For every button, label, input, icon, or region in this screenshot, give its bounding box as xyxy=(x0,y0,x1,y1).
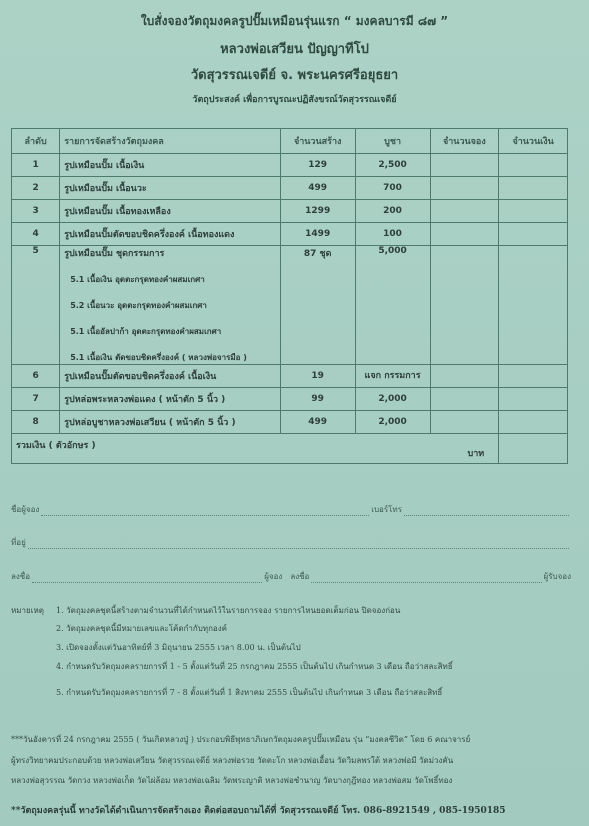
monk-name: หลวงพ่อเสวียน ปัญญาทีโป xyxy=(0,38,589,59)
reserve-cell[interactable] xyxy=(430,200,499,223)
address-row: ที่อยู่ xyxy=(11,536,571,549)
receiver-label: ผู้รับจอง xyxy=(544,570,571,583)
booker-label: ผู้จอง xyxy=(264,570,282,583)
phone-label: เบอร์โทร xyxy=(371,503,402,516)
signature-row: ลงชื่อ ผู้จอง ลงชื่อ ผู้รับจอง xyxy=(11,570,571,583)
note-item: 1. วัตถุมงคลชุดนี้สร้างตามจำนวนที่ได้กำห… xyxy=(56,604,400,617)
address-label: ที่อยู่ xyxy=(11,536,26,549)
items-table: ลำดับ รายการจัดสร้างวัตถุมงคล จำนวนสร้าง… xyxy=(11,128,568,464)
sub-item: 5.2 เนื้อนวะ อุดตะกรุดทองคำผสมเกศา xyxy=(70,299,276,312)
temple-name: วัดสุวรรณเจดีย์ จ. พระนครศรีอยุธยา xyxy=(0,64,589,85)
total-label: รวมเงิน ( ตัวอักษร ) xyxy=(16,438,96,452)
sign-booker-label: ลงชื่อ xyxy=(11,570,30,583)
table-row: 5 รูปเหมือนปั๊ม ชุดกรรมการ 5.1 เนื้อเงิน… xyxy=(12,246,568,365)
row-price: แจก กรรมการ xyxy=(355,365,430,388)
row-price: 100 xyxy=(355,223,430,246)
table-row: 2 รูปเหมือนปั๊ม เนื้อนวะ 499 700 xyxy=(12,177,568,200)
table-row: 8 รูปหล่อบูชาหลวงพ่อเสวียน ( หน้าตัก 5 น… xyxy=(12,411,568,434)
reserve-cell[interactable] xyxy=(430,411,499,434)
row-name-group: รูปเหมือนปั๊ม ชุดกรรมการ 5.1 เนื้อเงิน อ… xyxy=(60,246,281,365)
row-qty: 87 ชุด xyxy=(280,246,355,365)
row-name: รูปเหมือนปั๊ม ชุดกรรมการ xyxy=(64,249,164,259)
amount-cell[interactable] xyxy=(499,177,568,200)
notes-label: หมายเหตุ xyxy=(11,604,44,617)
table-row: 3 รูปเหมือนปั๊ม เนื้อทองเหลือง 1299 200 xyxy=(12,200,568,223)
sub-item: 5.1 เนื้อเงิน ตัดขอบชิดครึ่งองค์ ( หลวงพ… xyxy=(70,351,276,364)
booker-name-label: ชื่อผู้จอง xyxy=(11,503,39,516)
table-row: 1 รูปเหมือนปั๊ม เนื้อเงิน 129 2,500 xyxy=(12,154,568,177)
header-amount: จำนวนเงิน xyxy=(499,129,568,154)
amount-cell[interactable] xyxy=(499,411,568,434)
row-name: รูปเหมือนปั๊มตัดขอบชิดครึ่งองค์ เนื้อทอง… xyxy=(60,223,281,246)
row-no: 7 xyxy=(12,388,60,411)
table-row: 6 รูปเหมือนปั๊มตัดขอบชิดครึ่งองค์ เนื้อเ… xyxy=(12,365,568,388)
row-qty: 499 xyxy=(280,177,355,200)
row-no: 6 xyxy=(12,365,60,388)
reserve-cell[interactable] xyxy=(430,177,499,200)
phone-field[interactable] xyxy=(404,507,569,516)
note-item: 2. วัตถุมงคลชุดนี้มีหมายเลขและโค้ดกำกับท… xyxy=(56,622,227,635)
reserve-cell[interactable] xyxy=(430,154,499,177)
header-qty: จำนวนสร้าง xyxy=(280,129,355,154)
sub-item: 5.1 เนื้อเงิน อุดตะกรุดทองคำผสมเกศา xyxy=(70,273,276,286)
sign-receiver-label: ลงชื่อ xyxy=(290,570,309,583)
order-form-page: ใบสั่งจองวัตถุมงคลรูปปั๊มเหมือนรุ่นแรก “… xyxy=(0,0,589,826)
header-reserve: จำนวนจอง xyxy=(430,129,499,154)
total-cell[interactable]: รวมเงิน ( ตัวอักษร ) บาท xyxy=(12,434,499,464)
address-field[interactable] xyxy=(28,540,569,549)
row-qty: 129 xyxy=(280,154,355,177)
reserve-cell[interactable] xyxy=(430,388,499,411)
booker-name-field[interactable] xyxy=(41,507,369,516)
row-name: รูปเหมือนปั๊ม เนื้อนวะ xyxy=(60,177,281,200)
row-qty: 1299 xyxy=(280,200,355,223)
row-name: รูปหล่อบูชาหลวงพ่อเสวียน ( หน้าตัก 5 นิ้… xyxy=(60,411,281,434)
purpose-text: วัตถุประสงค์ เพื่อการบูรณะปฏิสังขรณ์วัดส… xyxy=(0,92,589,106)
row-name: รูปเหมือนปั๊มตัดขอบชิดครึ่งองค์ เนื้อเงิ… xyxy=(60,365,281,388)
amount-cell[interactable] xyxy=(499,246,568,365)
row-no: 2 xyxy=(12,177,60,200)
row-price: 5,000 xyxy=(355,246,430,365)
booker-signature-field[interactable] xyxy=(32,574,262,583)
booker-name-row: ชื่อผู้จอง เบอร์โทร xyxy=(11,503,571,516)
note-item: 3. เปิดจองตั้งแต่วันอาทิตย์ที่ 3 มิถุนาย… xyxy=(56,641,301,654)
row-no: 8 xyxy=(12,411,60,434)
monks-list-1: ผู้ทรงวิทยาคมประกอบด้วย หลวงพ่อเสวียน วั… xyxy=(11,754,581,767)
header-no: ลำดับ xyxy=(12,129,60,154)
row-no: 5 xyxy=(12,246,60,365)
receiver-signature-field[interactable] xyxy=(311,574,541,583)
note-item: 4. กำหนดรับวัตถุมงคลรายการที่ 1 - 5 ตั้ง… xyxy=(56,660,453,673)
total-amount-cell[interactable] xyxy=(499,434,568,464)
table-row: 7 รูปหล่อพระหลวงพ่อแดง ( หน้าตัก 5 นิ้ว … xyxy=(12,388,568,411)
amount-cell[interactable] xyxy=(499,200,568,223)
amount-cell[interactable] xyxy=(499,154,568,177)
amount-cell[interactable] xyxy=(499,388,568,411)
amount-cell[interactable] xyxy=(499,223,568,246)
row-price: 700 xyxy=(355,177,430,200)
row-qty: 19 xyxy=(280,365,355,388)
sub-item: 5.1 เนื้ออัลปาก้า อุดตะกรุดทองคำผสมเกศา xyxy=(70,325,276,338)
monks-list-2: หลวงพ่อสุวรรณ วัดกวง หลวงพ่อเก็ด วัดไผ่ล… xyxy=(11,774,581,787)
table-header-row: ลำดับ รายการจัดสร้างวัตถุมงคล จำนวนสร้าง… xyxy=(12,129,568,154)
row-name: รูปเหมือนปั๊ม เนื้อเงิน xyxy=(60,154,281,177)
row-price: 2,000 xyxy=(355,411,430,434)
table-row: 4 รูปเหมือนปั๊มตัดขอบชิดครึ่งองค์ เนื้อท… xyxy=(12,223,568,246)
row-price: 2,500 xyxy=(355,154,430,177)
row-price: 200 xyxy=(355,200,430,223)
row-no: 3 xyxy=(12,200,60,223)
baht-label: บาท xyxy=(468,446,485,460)
note-item: 5. กำหนดรับวัตถุมงคลรายการที่ 7 - 8 ตั้ง… xyxy=(56,686,442,699)
row-qty: 1499 xyxy=(280,223,355,246)
form-title: ใบสั่งจองวัตถุมงคลรูปปั๊มเหมือนรุ่นแรก “… xyxy=(0,12,589,31)
total-row: รวมเงิน ( ตัวอักษร ) บาท xyxy=(12,434,568,464)
row-qty: 99 xyxy=(280,388,355,411)
row-qty: 499 xyxy=(280,411,355,434)
amount-cell[interactable] xyxy=(499,365,568,388)
header-item: รายการจัดสร้างวัตถุมงคล xyxy=(60,129,281,154)
reserve-cell[interactable] xyxy=(430,223,499,246)
row-name: รูปเหมือนปั๊ม เนื้อทองเหลือง xyxy=(60,200,281,223)
reserve-cell[interactable] xyxy=(430,365,499,388)
row-no: 4 xyxy=(12,223,60,246)
row-price: 2,000 xyxy=(355,388,430,411)
reserve-cell[interactable] xyxy=(430,246,499,365)
row-no: 1 xyxy=(12,154,60,177)
row-name: รูปหล่อพระหลวงพ่อแดง ( หน้าตัก 5 นิ้ว ) xyxy=(60,388,281,411)
contact-note: **วัตถุมงคลรุ่นนี้ ทางวัดได้ดำเนินการจัด… xyxy=(11,803,581,817)
header-price: บูชา xyxy=(355,129,430,154)
ceremony-note: ***วันอังคารที่ 24 กรกฎาคม 2555 ( วันเกิ… xyxy=(11,733,581,746)
